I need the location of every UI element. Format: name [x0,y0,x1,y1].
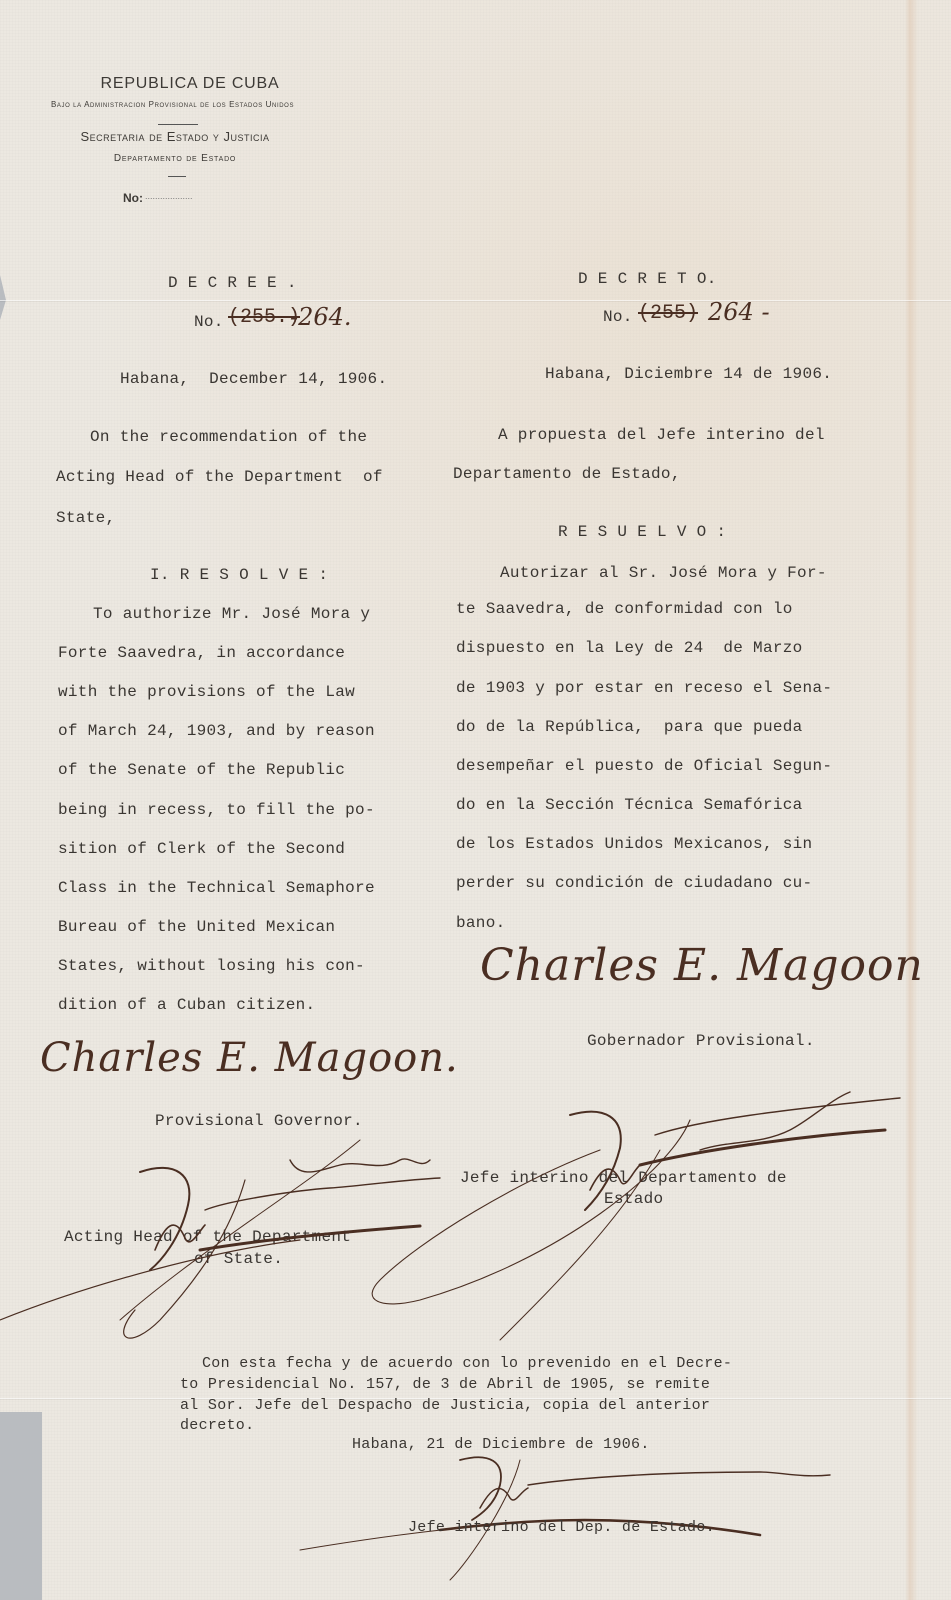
spanish-body-line: de 1903 y por estar en receso el Sena- [456,679,832,697]
english-body-line: Forte Saavedra, in accordance [58,644,345,662]
spanish-body-line: do en la Sección Técnica Semafórica [456,796,803,814]
english-no-handwritten: -264. [290,303,352,331]
footer-date: Habana, 21 de Diciembre de 1906. [352,1436,650,1453]
spanish-resolve-heading: R E S U E L V O : [558,523,726,541]
spanish-preamble-line: A propuesta del Jefe interino del [498,426,825,444]
fold-line [0,300,951,301]
english-body-line: States, without losing his con- [58,957,365,975]
english-preamble-line: State, [56,509,115,527]
spanish-no-handwritten: 264 - [708,298,770,326]
english-signer-title: Provisional Governor. [155,1112,363,1130]
spanish-heading: D E C R E T O. [578,270,717,288]
english-body-line: sition of Clerk of the Second [58,840,345,858]
english-second-signer-title-line: of State. [194,1250,283,1268]
letterhead-title: REPUBLICA DE CUBA [55,75,325,93]
spanish-date: Habana, Diciembre 14 de 1906. [545,365,832,383]
spanish-second-signer-title-line: Jefe interino del Departamento de [460,1169,787,1187]
english-body-line: of March 24, 1903, and by reason [58,722,375,740]
spanish-no-struck: (255) [638,302,698,325]
english-preamble-line: Acting Head of the Department of [56,468,383,486]
divider [168,176,186,177]
footer-note-line: decreto. [180,1417,254,1434]
english-body-line: dition of a Cuban citizen. [58,996,315,1014]
spanish-body-line: dispuesto en la Ley de 24 de Marzo [456,639,803,657]
footer-signer-title: Jefe interino del Dep. de Estado. [408,1519,715,1536]
spanish-body-line: Autorizar al Sr. José Mora y For- [500,564,827,582]
english-body-line: of the Senate of the Republic [58,761,345,779]
spanish-preamble-line: Departamento de Estado, [453,465,681,483]
english-date: Habana, December 14, 1906. [120,370,387,388]
letterhead-number-label: No: [123,191,143,205]
english-signature-magoon: Charles E. Magoon. [40,1035,459,1081]
letterhead-number-field: ................... [145,191,193,201]
spanish-body-line: do de la República, para que pueda [456,718,803,736]
spanish-body-line: bano. [456,914,506,932]
english-body-line: Class in the Technical Semaphore [58,879,375,897]
english-body-line: being in recess, to fill the po- [58,801,375,819]
footer-note-line: Con esta fecha y de acuerdo con lo preve… [202,1355,732,1372]
english-body-line: with the provisions of the Law [58,683,355,701]
spanish-no-prefix: No. [603,308,633,326]
footer-note-line: to Presidencial No. 157, de 3 de Abril d… [180,1376,710,1393]
spanish-body-line: desempeñar el puesto de Oficial Segun- [456,757,832,775]
letterhead-subtitle: Bajo la Administracion Provisional de lo… [5,100,340,109]
page-cutout [0,1412,42,1600]
spanish-signer-title: Gobernador Provisional. [587,1032,815,1050]
divider [158,124,198,125]
english-second-signer-title-line: Acting Head of the Department [64,1228,351,1246]
english-body-line: Bureau of the United Mexican [58,918,335,936]
letterhead-department: Departamento de Estado [80,153,270,164]
english-body-line: To authorize Mr. José Mora y [93,605,370,623]
english-resolve-heading: I. R E S O L V E : [150,566,328,584]
spanish-body-line: te Saavedra, de conformidad con lo [456,600,793,618]
spanish-body-line: de los Estados Unidos Mexicanos, sin [456,835,812,853]
letterhead-ministry: Secretaria de Estado y Justicia [45,129,305,144]
spanish-second-signer-title-line: Estado [604,1190,663,1208]
spanish-body-line: perder su condición de ciudadano cu- [456,874,812,892]
english-heading: D E C R E E . [168,274,297,292]
english-no-prefix: No. [194,313,224,331]
english-preamble-line: On the recommendation of the [90,428,367,446]
spanish-signature-magoon: Charles E. Magoon [480,940,924,991]
footer-note-line: al Sor. Jefe del Despacho de Justicia, c… [180,1397,710,1414]
